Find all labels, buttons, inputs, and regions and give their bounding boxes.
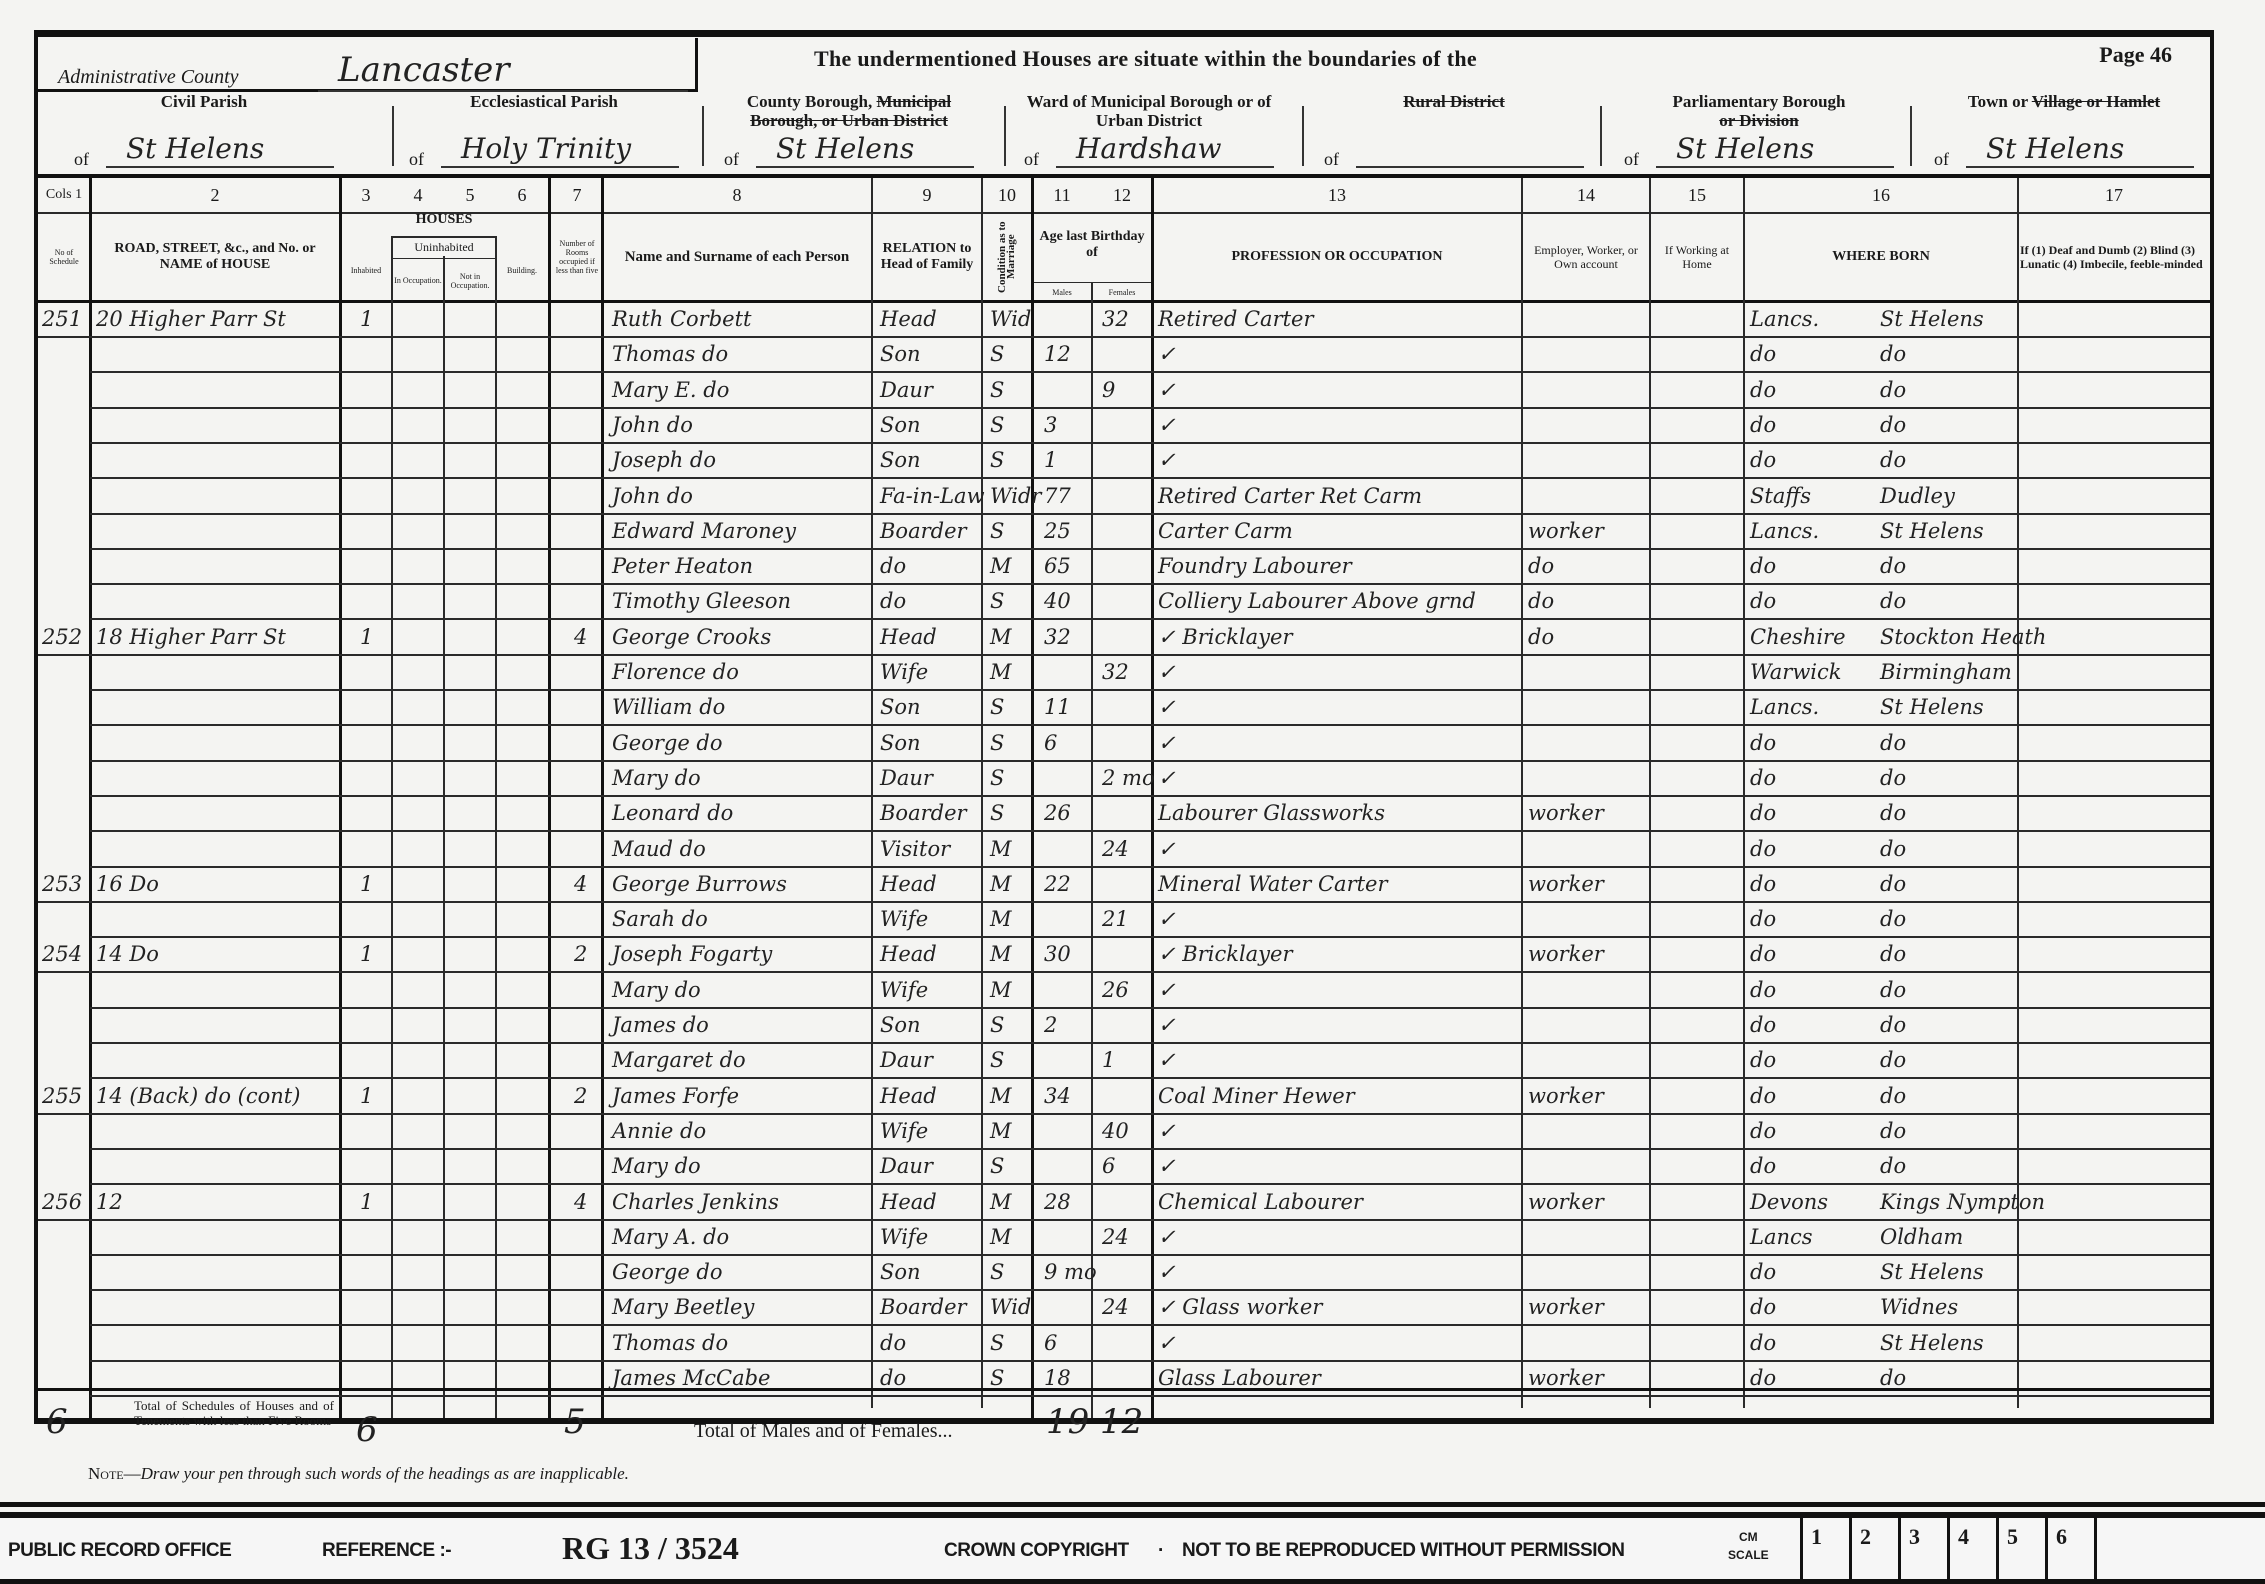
occupation: ✓ Glass worker <box>1158 1290 1518 1325</box>
district-value: St Helens <box>1656 132 1894 168</box>
header-building: Building. <box>496 238 548 302</box>
age-male: 40 <box>1044 584 1090 619</box>
working-at-home <box>1656 1220 1742 1255</box>
person-name: Mary do <box>612 1149 870 1184</box>
divider <box>702 106 704 166</box>
scale-mark: 1 <box>1800 1518 1849 1580</box>
relation: Head <box>880 1185 980 1220</box>
schedule-number <box>42 973 88 1008</box>
birth-place: do <box>1880 408 2016 443</box>
working-at-home <box>1656 620 1742 655</box>
relation: Visitor <box>880 832 980 867</box>
working-at-home <box>1656 514 1742 549</box>
rooms-count <box>574 832 600 867</box>
age-female <box>1102 1185 1150 1220</box>
occupation: ✓ <box>1158 973 1518 1008</box>
column-headers: No of Schedule ROAD, STREET, &c., and No… <box>34 212 2214 302</box>
inhabited-count <box>360 902 390 937</box>
working-at-home <box>1656 867 1742 902</box>
birth-county: do <box>1750 796 1870 831</box>
age-female: 40 <box>1102 1114 1150 1149</box>
public-record-office: PUBLIC RECORD OFFICE <box>8 1540 231 1562</box>
occupation: ✓ <box>1158 1326 1518 1361</box>
birth-county: do <box>1750 1149 1870 1184</box>
birth-place: do <box>1880 902 2016 937</box>
birth-county: do <box>1750 337 1870 372</box>
person-name: Mary A. do <box>612 1220 870 1255</box>
birth-place: do <box>1880 973 2016 1008</box>
inhabited-count: 1 <box>360 1079 390 1114</box>
infirmity <box>2024 549 2204 584</box>
occupation: ✓ <box>1158 902 1518 937</box>
age-female <box>1102 1255 1150 1290</box>
rooms-count: 4 <box>574 867 600 902</box>
rooms-count <box>574 690 600 725</box>
inhabited-count <box>360 655 390 690</box>
birth-place: St Helens <box>1880 302 2016 337</box>
inhabited-count <box>360 1043 390 1078</box>
birth-place: St Helens <box>1880 514 2016 549</box>
marital-condition: M <box>990 1114 1030 1149</box>
divider <box>1600 106 1602 166</box>
occupation: ✓ <box>1158 337 1518 372</box>
employment-status <box>1528 690 1648 725</box>
occupation: ✓ <box>1158 1220 1518 1255</box>
person-name: William do <box>612 690 870 725</box>
marital-condition: S <box>990 373 1030 408</box>
district-value: Holy Trinity <box>441 132 679 168</box>
relation: Daur <box>880 373 980 408</box>
district-value: St Helens <box>106 132 334 168</box>
rooms-count <box>574 973 600 1008</box>
working-at-home <box>1656 726 1742 761</box>
schedule-number <box>42 408 88 443</box>
person-name: James do <box>612 1008 870 1043</box>
age-male <box>1044 1290 1090 1325</box>
occupation: Labourer Glassworks <box>1158 796 1518 831</box>
occupation: Coal Miner Hewer <box>1158 1079 1518 1114</box>
working-at-home <box>1656 408 1742 443</box>
district-ward: Ward of Municipal Borough or of Urban Di… <box>1014 92 1284 174</box>
scale-mark: 3 <box>1898 1518 1947 1580</box>
table-row: 25120 Higher Parr St1Ruth CorbettHeadWid… <box>34 302 2214 337</box>
age-male: 9 mo <box>1044 1255 1090 1290</box>
occupation: ✓ <box>1158 1149 1518 1184</box>
inhabited-count <box>360 408 390 443</box>
road-address <box>96 1326 336 1361</box>
rule <box>38 1388 2210 1391</box>
relation: Wife <box>880 1220 980 1255</box>
person-name: Mary do <box>612 761 870 796</box>
inhabited-count: 1 <box>360 1185 390 1220</box>
district-struck-label: Village or Hamlet <box>2032 92 2160 111</box>
age-female: 26 <box>1102 973 1150 1008</box>
rooms-count <box>574 408 600 443</box>
person-name: Mary E. do <box>612 373 870 408</box>
marital-condition: M <box>990 620 1030 655</box>
employment-status: do <box>1528 584 1648 619</box>
table-row: Leonard doBoarderS26Labourer Glassworksw… <box>34 796 2214 831</box>
table-row: Edward MaroneyBoarderS25Carter Carmworke… <box>34 514 2214 549</box>
age-female <box>1102 549 1150 584</box>
person-name: Joseph Fogarty <box>612 937 870 972</box>
working-at-home <box>1656 1255 1742 1290</box>
district-value: St Helens <box>1966 132 2194 168</box>
marital-condition: S <box>990 443 1030 478</box>
rooms-count <box>574 584 600 619</box>
age-female: 9 <box>1102 373 1150 408</box>
age-female <box>1102 867 1150 902</box>
schedule-number <box>42 514 88 549</box>
rooms-count <box>574 1290 600 1325</box>
crown-copyright: CROWN COPYRIGHT <box>944 1540 1129 1562</box>
working-at-home <box>1656 1008 1742 1043</box>
birth-place: do <box>1880 1043 2016 1078</box>
table-row: Sarah doWifeM21✓dodo <box>34 902 2214 937</box>
relation: Son <box>880 726 980 761</box>
employment-status <box>1528 373 1648 408</box>
marital-condition: Wid <box>990 1290 1030 1325</box>
road-address: 20 Higher Parr St <box>96 302 336 337</box>
district-label: County Borough, <box>747 92 872 111</box>
occupation: ✓ <box>1158 408 1518 443</box>
age-female: 24 <box>1102 832 1150 867</box>
birth-county: do <box>1750 584 1870 619</box>
age-female: 6 <box>1102 1149 1150 1184</box>
marital-condition: S <box>990 514 1030 549</box>
person-name: Florence do <box>612 655 870 690</box>
total-rooms: 5 <box>564 1402 586 1442</box>
age-female: 21 <box>1102 902 1150 937</box>
employment-status: worker <box>1528 1185 1648 1220</box>
totals-schedules-label: Total of Schedules of Houses and of Tene… <box>134 1398 334 1428</box>
inhabited-count <box>360 973 390 1008</box>
occupation: Colliery Labourer Above grnd <box>1158 584 1518 619</box>
occupation: Chemical Labourer <box>1158 1185 1518 1220</box>
totals-row: 6 Total of Schedules of Houses and of Te… <box>34 1392 2214 1472</box>
age-female <box>1102 443 1150 478</box>
age-male <box>1044 1114 1090 1149</box>
relation: Daur <box>880 1149 980 1184</box>
archive-footer: PUBLIC RECORD OFFICE REFERENCE :- RG 13 … <box>0 1512 2265 1584</box>
birth-county: Cheshire <box>1750 620 1870 655</box>
birth-county: do <box>1750 1008 1870 1043</box>
working-at-home <box>1656 761 1742 796</box>
infirmity <box>2024 761 2204 796</box>
header-infirmity: If (1) Deaf and Dumb (2) Blind (3) Lunat… <box>2018 212 2210 302</box>
employment-status <box>1528 902 1648 937</box>
boundaries-heading: The undermentioned Houses are situate wi… <box>814 46 1477 72</box>
infirmity <box>2024 902 2204 937</box>
schedule-number <box>42 902 88 937</box>
age-female <box>1102 726 1150 761</box>
district-civil-parish: Civil Parish of St Helens <box>64 92 344 174</box>
header-relation: RELATION to Head of Family <box>872 212 982 302</box>
person-name: George do <box>612 1255 870 1290</box>
infirmity <box>2024 1008 2204 1043</box>
person-name: George do <box>612 726 870 761</box>
road-address <box>96 1149 336 1184</box>
marital-condition: S <box>990 337 1030 372</box>
working-at-home <box>1656 1114 1742 1149</box>
divider <box>1302 106 1304 166</box>
birth-county: Staffs <box>1750 479 1870 514</box>
header-name: Name and Surname of each Person <box>602 212 872 302</box>
age-female <box>1102 479 1150 514</box>
header-where-born: WHERE BORN <box>1744 212 2018 302</box>
table-row: 2561214Charles JenkinsHeadM28Chemical La… <box>34 1185 2214 1220</box>
header-employer: Employer, Worker, or Own account <box>1522 212 1650 302</box>
birth-county: do <box>1750 902 1870 937</box>
schedule-number <box>42 1220 88 1255</box>
occupation: ✓ <box>1158 1114 1518 1149</box>
administrative-county-value: Lancaster <box>318 50 688 92</box>
table-row: Joseph doSonS1✓dodo <box>34 443 2214 478</box>
age-female: 32 <box>1102 302 1150 337</box>
header-males: Males <box>1032 282 1092 302</box>
marital-condition: S <box>990 1326 1030 1361</box>
road-address <box>96 408 336 443</box>
relation: Head <box>880 620 980 655</box>
employment-status <box>1528 1220 1648 1255</box>
rooms-count: 4 <box>574 620 600 655</box>
marital-condition: S <box>990 796 1030 831</box>
infirmity <box>2024 373 2204 408</box>
table-row: Mary E. doDaurS9✓dodo <box>34 373 2214 408</box>
schedule-number <box>42 761 88 796</box>
table-row: George doSonS9 mo✓doSt Helens <box>34 1255 2214 1290</box>
age-male <box>1044 973 1090 1008</box>
birth-place: do <box>1880 726 2016 761</box>
relation: Head <box>880 867 980 902</box>
schedule-number <box>42 373 88 408</box>
working-at-home <box>1656 902 1742 937</box>
district-ecclesiastical-parish: Ecclesiastical Parish of Holy Trinity <box>399 92 689 174</box>
road-address <box>96 514 336 549</box>
relation: Head <box>880 1079 980 1114</box>
infirmity <box>2024 1185 2204 1220</box>
age-male: 77 <box>1044 479 1090 514</box>
divider <box>1910 106 1912 166</box>
header-rooms: Number of Rooms occupied if less than fi… <box>552 212 602 302</box>
person-name: George Crooks <box>612 620 870 655</box>
marital-condition: S <box>990 584 1030 619</box>
marital-condition: S <box>990 690 1030 725</box>
birth-place: do <box>1880 337 2016 372</box>
infirmity <box>2024 1114 2204 1149</box>
relation: Daur <box>880 761 980 796</box>
infirmity <box>2024 726 2204 761</box>
employment-status <box>1528 1255 1648 1290</box>
table-row: Mary BeetleyBoarderWid24✓ Glass workerwo… <box>34 1290 2214 1325</box>
table-row: Mary A. doWifeM24✓LancsOldham <box>34 1220 2214 1255</box>
birth-place: Kings Nympton <box>1880 1185 2016 1220</box>
age-female <box>1102 1008 1150 1043</box>
age-male: 32 <box>1044 620 1090 655</box>
birth-county: do <box>1750 1043 1870 1078</box>
relation: Son <box>880 1255 980 1290</box>
birth-county: do <box>1750 937 1870 972</box>
rooms-count <box>574 726 600 761</box>
infirmity <box>2024 337 2204 372</box>
working-at-home <box>1656 443 1742 478</box>
occupation: ✓ <box>1158 832 1518 867</box>
table-row: 25218 Higher Parr St14George CrooksHeadM… <box>34 620 2214 655</box>
age-male: 25 <box>1044 514 1090 549</box>
employment-status <box>1528 655 1648 690</box>
employment-status: do <box>1528 620 1648 655</box>
inhabited-count <box>360 443 390 478</box>
relation: Wife <box>880 973 980 1008</box>
marital-condition: M <box>990 973 1030 1008</box>
age-female <box>1102 514 1150 549</box>
header-females: Females <box>1092 282 1152 302</box>
rooms-count <box>574 1220 600 1255</box>
road-address <box>96 1220 336 1255</box>
schedule-number <box>42 1149 88 1184</box>
infirmity <box>2024 1326 2204 1361</box>
marital-condition: M <box>990 1079 1030 1114</box>
age-male <box>1044 655 1090 690</box>
infirmity <box>2024 832 2204 867</box>
header-road: ROAD, STREET, &c., and No. or NAME of HO… <box>90 212 340 302</box>
birth-county: Warwick <box>1750 655 1870 690</box>
road-address <box>96 796 336 831</box>
rooms-count: 2 <box>574 1079 600 1114</box>
person-name: James Forfe <box>612 1079 870 1114</box>
age-male <box>1044 1149 1090 1184</box>
census-sheet: Administrative County Lancaster The unde… <box>34 16 2234 1496</box>
inhabited-count <box>360 1290 390 1325</box>
marital-condition: S <box>990 761 1030 796</box>
road-address <box>96 1114 336 1149</box>
birth-place: do <box>1880 373 2016 408</box>
marital-condition: S <box>990 1008 1030 1043</box>
age-female: 32 <box>1102 655 1150 690</box>
birth-county: Devons <box>1750 1185 1870 1220</box>
person-name: Mary Beetley <box>612 1290 870 1325</box>
reproduction-notice: NOT TO BE REPRODUCED WITHOUT PERMISSION <box>1182 1540 1625 1562</box>
table-row: James doSonS2✓dodo <box>34 1008 2214 1043</box>
table-row: Margaret doDaurS1✓dodo <box>34 1043 2214 1078</box>
rooms-count <box>574 443 600 478</box>
inhabited-count <box>360 690 390 725</box>
working-at-home <box>1656 479 1742 514</box>
working-at-home <box>1656 937 1742 972</box>
marital-condition: S <box>990 1043 1030 1078</box>
infirmity <box>2024 973 2204 1008</box>
age-male: 22 <box>1044 867 1090 902</box>
age-male: 1 <box>1044 443 1090 478</box>
birth-county: Lancs <box>1750 1220 1870 1255</box>
rooms-count: 2 <box>574 937 600 972</box>
age-male <box>1044 1220 1090 1255</box>
marital-condition: S <box>990 408 1030 443</box>
reference-number: RG 13 / 3524 <box>562 1530 739 1567</box>
header-uninhabited: Uninhabited <box>392 236 496 256</box>
inhabited-count <box>360 1326 390 1361</box>
inhabited-count: 1 <box>360 620 390 655</box>
schedule-number <box>42 1290 88 1325</box>
employment-status <box>1528 408 1648 443</box>
totals-males-females-label: Total of Males and of Females... <box>694 1420 953 1443</box>
scale-mark <box>2094 1518 2184 1580</box>
road-address <box>96 443 336 478</box>
occupation: Mineral Water Carter <box>1158 867 1518 902</box>
header-age: Age last Birthday of <box>1032 212 1152 278</box>
relation: Son <box>880 1008 980 1043</box>
working-at-home <box>1656 1149 1742 1184</box>
relation: do <box>880 549 980 584</box>
age-male: 26 <box>1044 796 1090 831</box>
rooms-count <box>574 1008 600 1043</box>
age-male: 6 <box>1044 726 1090 761</box>
birth-place: do <box>1880 832 2016 867</box>
age-female <box>1102 408 1150 443</box>
birth-place: do <box>1880 937 2016 972</box>
employment-status: worker <box>1528 937 1648 972</box>
birth-place: do <box>1880 549 2016 584</box>
working-at-home <box>1656 302 1742 337</box>
schedule-number <box>42 584 88 619</box>
employment-status <box>1528 337 1648 372</box>
birth-county: do <box>1750 726 1870 761</box>
road-address: 16 Do <box>96 867 336 902</box>
working-at-home <box>1656 373 1742 408</box>
inhabited-count <box>360 832 390 867</box>
birth-place: St Helens <box>1880 690 2016 725</box>
schedule-number <box>42 796 88 831</box>
header-houses: HOUSES <box>340 212 548 234</box>
marital-condition: M <box>990 655 1030 690</box>
rooms-count <box>574 1326 600 1361</box>
birth-county: Lancs. <box>1750 690 1870 725</box>
employment-status <box>1528 973 1648 1008</box>
relation: do <box>880 1326 980 1361</box>
employment-status <box>1528 302 1648 337</box>
birth-place: Birmingham <box>1880 655 2016 690</box>
relation: Son <box>880 408 980 443</box>
inhabited-count: 1 <box>360 302 390 337</box>
inhabited-count <box>360 337 390 372</box>
person-name: Timothy Gleeson <box>612 584 870 619</box>
occupation: ✓ <box>1158 1043 1518 1078</box>
birth-place: do <box>1880 796 2016 831</box>
employment-status: worker <box>1528 867 1648 902</box>
scale-mark: 6 <box>2045 1518 2094 1580</box>
infirmity <box>2024 796 2204 831</box>
scale-mark: 4 <box>1947 1518 1996 1580</box>
person-name: Charles Jenkins <box>612 1185 870 1220</box>
district-struck-label: Rural District <box>1403 92 1505 111</box>
inhabited-count <box>360 479 390 514</box>
age-male: 65 <box>1044 549 1090 584</box>
marital-condition: M <box>990 549 1030 584</box>
working-at-home <box>1656 1079 1742 1114</box>
inhabited-count <box>360 1114 390 1149</box>
road-address <box>96 549 336 584</box>
marital-condition: Wid <box>990 302 1030 337</box>
infirmity <box>2024 479 2204 514</box>
age-male <box>1044 302 1090 337</box>
marital-condition: S <box>990 726 1030 761</box>
occupation: ✓ <box>1158 443 1518 478</box>
working-at-home <box>1656 549 1742 584</box>
infirmity <box>2024 443 2204 478</box>
person-name: Thomas do <box>612 337 870 372</box>
total-females: 12 <box>1100 1402 1143 1442</box>
inhabited-count <box>360 1008 390 1043</box>
